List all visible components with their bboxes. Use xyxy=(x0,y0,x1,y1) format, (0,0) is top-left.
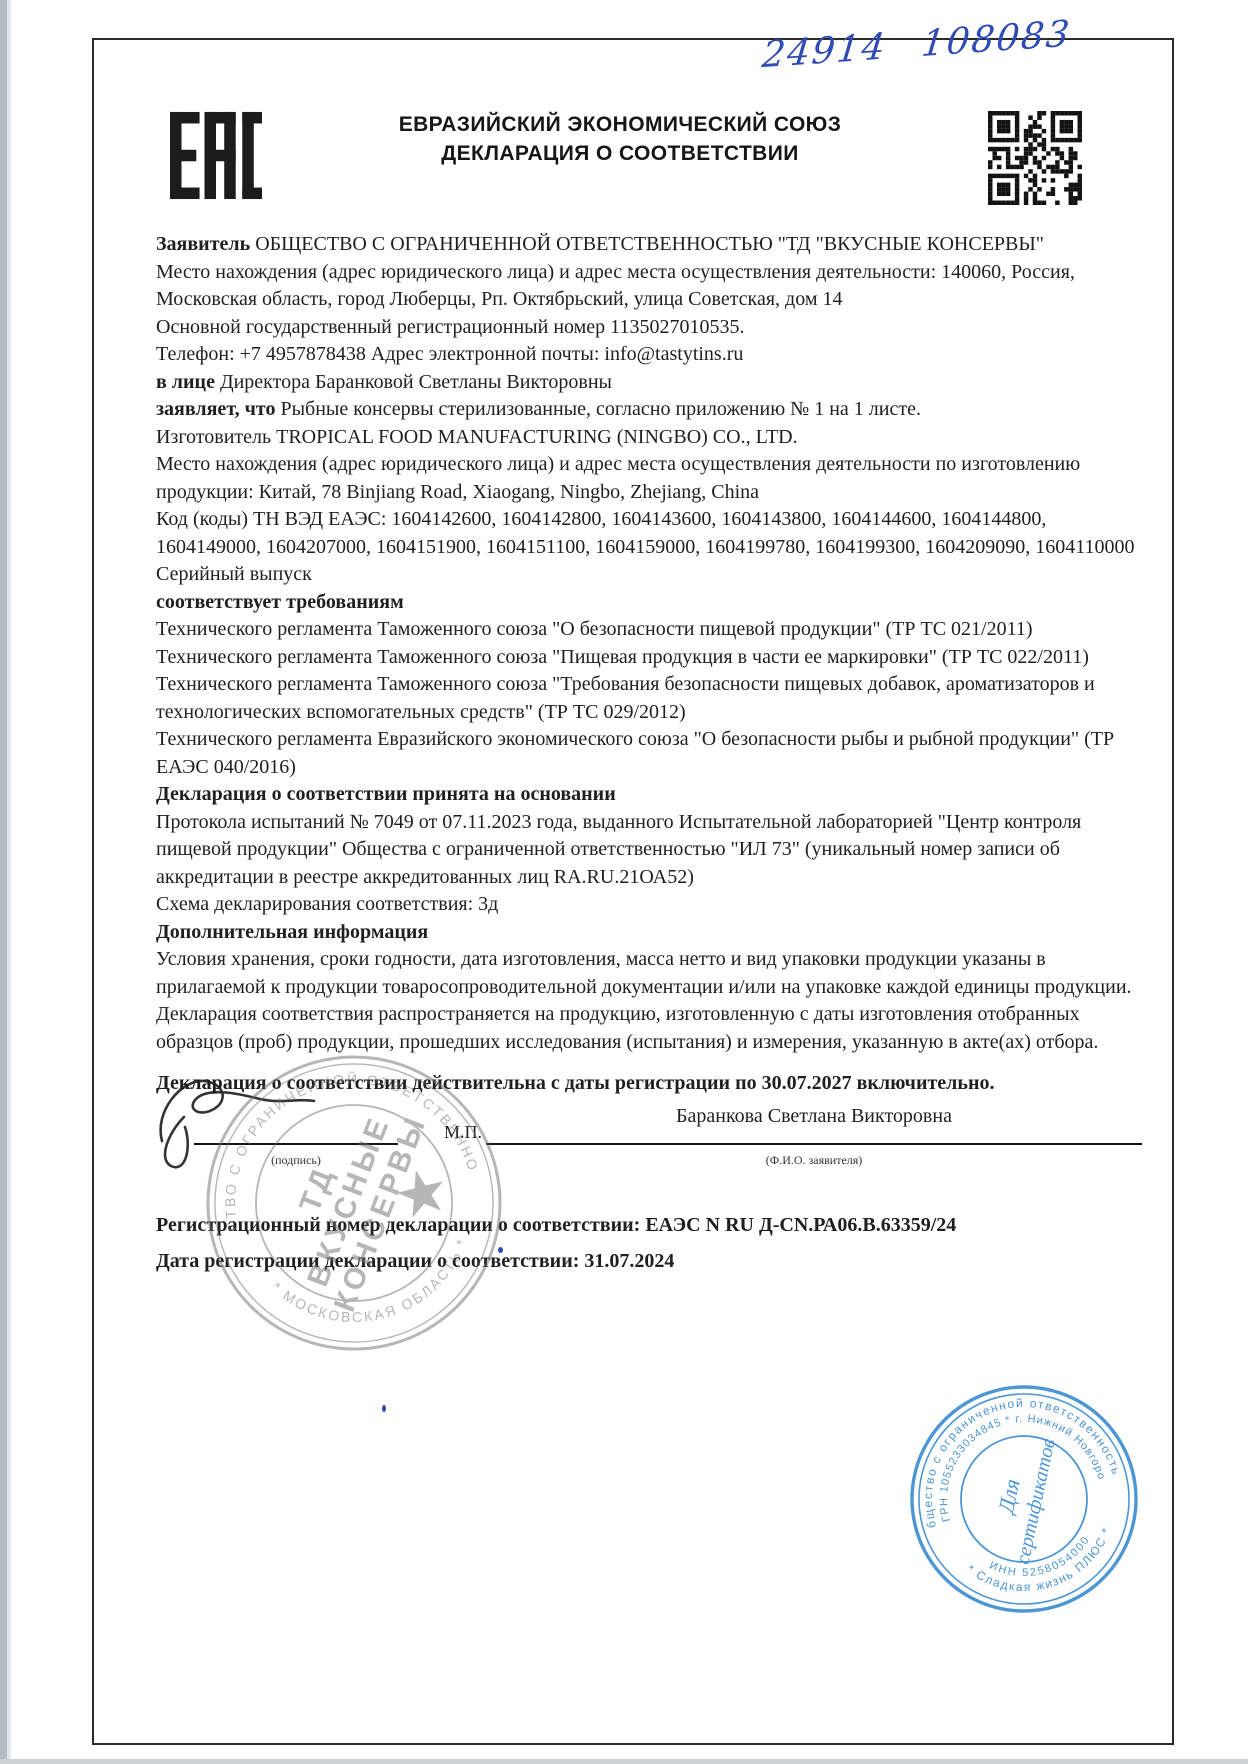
paragraph-tr-eaes-040: Технического регламента Евразийского эко… xyxy=(156,726,1144,781)
paragraph-tnved-codes: Код (коды) ТН ВЭД ЕАЭС: 1604142600, 1604… xyxy=(156,506,1144,561)
heading-additional-info: Дополнительная информация xyxy=(156,919,1144,947)
signer-name-line xyxy=(486,1143,1142,1145)
cert-stamp-center-line1: Для xyxy=(993,1477,1025,1517)
cert-stamp-outer-top-text: Общество с ограниченной ответственностью xyxy=(897,1372,1124,1531)
signature-block: (подпись) М.П. Баранкова Светлана Виктор… xyxy=(156,1107,1144,1185)
paragraph-manufacturer: Изготовитель TROPICAL FOOD MANUFACTURING… xyxy=(156,424,1144,452)
scan-edge-shadow-bottom xyxy=(0,1759,1248,1764)
signature-line xyxy=(194,1143,398,1145)
registration-number-line: Регистрационный номер декларации о соотв… xyxy=(156,1212,1144,1240)
svg-text:Общество с ограниченной ответс: Общество с ограниченной ответственностью xyxy=(897,1372,1124,1531)
paragraph-tr-ts-021: Технического регламента Таможенного союз… xyxy=(156,616,1144,644)
scanned-declaration-page: { "document": { "handwritten_number": "2… xyxy=(0,0,1248,1764)
paragraph-test-protocol: Протокола испытаний № 7049 от 07.11.2023… xyxy=(156,809,1144,892)
eac-mark-icon xyxy=(170,106,262,205)
ink-dot xyxy=(498,1247,503,1253)
paragraph-tr-ts-022: Технического регламента Таможенного союз… xyxy=(156,644,1144,672)
stamp-place-abbr: М.П. xyxy=(444,1119,482,1147)
paragraph-declares: заявляет, что Рыбные консервы стерилизов… xyxy=(156,396,1144,424)
paragraph-additional-info: Условия хранения, сроки годности, дата и… xyxy=(156,946,1144,1056)
title-line-declaration: ДЕКЛАРАЦИЯ О СООТВЕТСТВИИ xyxy=(300,139,940,168)
registration-date-line: Дата регистрации декларации о соответств… xyxy=(156,1248,1144,1276)
certification-round-stamp: Общество с ограниченной ответственностью… xyxy=(874,1349,1173,1648)
svg-text:ИНН 5258054000: ИНН 5258054000 xyxy=(985,1531,1099,1591)
paragraph-declaration-scheme: Схема декларирования соответствия: 3д xyxy=(156,891,1144,919)
paragraph-contacts: Телефон: +7 4957878438 Адрес электронной… xyxy=(156,341,1144,369)
signature-caption: (подпись) xyxy=(194,1147,398,1175)
handwritten-number: 24914 108083 xyxy=(760,17,1024,77)
signer-name-caption: (Ф.И.О. заявителя) xyxy=(486,1147,1142,1175)
svg-text:ОГРН 1055233034845 * г. Нижний: ОГРН 1055233034845 * г. Нижний Новгород xyxy=(918,1393,1108,1526)
paragraph-applicant: Заявитель ОБЩЕСТВО С ОГРАНИЧЕННОЙ ОТВЕТС… xyxy=(156,231,1144,259)
paragraph-manufacturer-address: Место нахождения (адрес юридического лиц… xyxy=(156,451,1144,506)
svg-text:* Сладкая жизнь ПЛЮС *: * Сладкая жизнь ПЛЮС * xyxy=(962,1522,1125,1612)
ink-dot xyxy=(382,1405,386,1412)
cert-stamp-inner-top-text: ОГРН 1055233034845 * г. Нижний Новгород xyxy=(918,1393,1108,1526)
cert-stamp-center-line2: сертификатов xyxy=(1012,1436,1060,1566)
cert-stamp-inner-bottom-text: ИНН 5258054000 xyxy=(985,1531,1099,1591)
title-line-union: ЕВРАЗИЙСКИЙ ЭКОНОМИЧЕСКИЙ СОЮЗ xyxy=(300,110,940,139)
paragraph-tr-ts-029: Технического регламента Таможенного союз… xyxy=(156,671,1144,726)
document-title: ЕВРАЗИЙСКИЙ ЭКОНОМИЧЕСКИЙ СОЮЗ ДЕКЛАРАЦИ… xyxy=(300,110,940,168)
paragraph-serial-production: Серийный выпуск xyxy=(156,561,1144,589)
heading-complies-with: соответствует требованиям xyxy=(156,589,1144,617)
heading-adopted-on-basis: Декларация о соответствии принята на осн… xyxy=(156,781,1144,809)
paragraph-applicant-address: Место нахождения (адрес юридического лиц… xyxy=(156,259,1144,314)
signer-name: Баранкова Светлана Викторовна xyxy=(486,1103,1142,1131)
qr-code-icon xyxy=(988,111,1082,205)
declaration-body: Заявитель ОБЩЕСТВО С ОГРАНИЧЕННОЙ ОТВЕТС… xyxy=(156,231,1144,1276)
paragraph-represented-by: в лице Директора Баранковой Светланы Вик… xyxy=(156,369,1144,397)
paragraph-ogrn: Основной государственный регистрационный… xyxy=(156,314,1144,342)
cert-stamp-outer-bottom-text: * Сладкая жизнь ПЛЮС * xyxy=(962,1522,1125,1612)
scan-edge-shadow-left xyxy=(0,0,7,1764)
scan-edge-shadow-left-light xyxy=(7,0,11,1764)
